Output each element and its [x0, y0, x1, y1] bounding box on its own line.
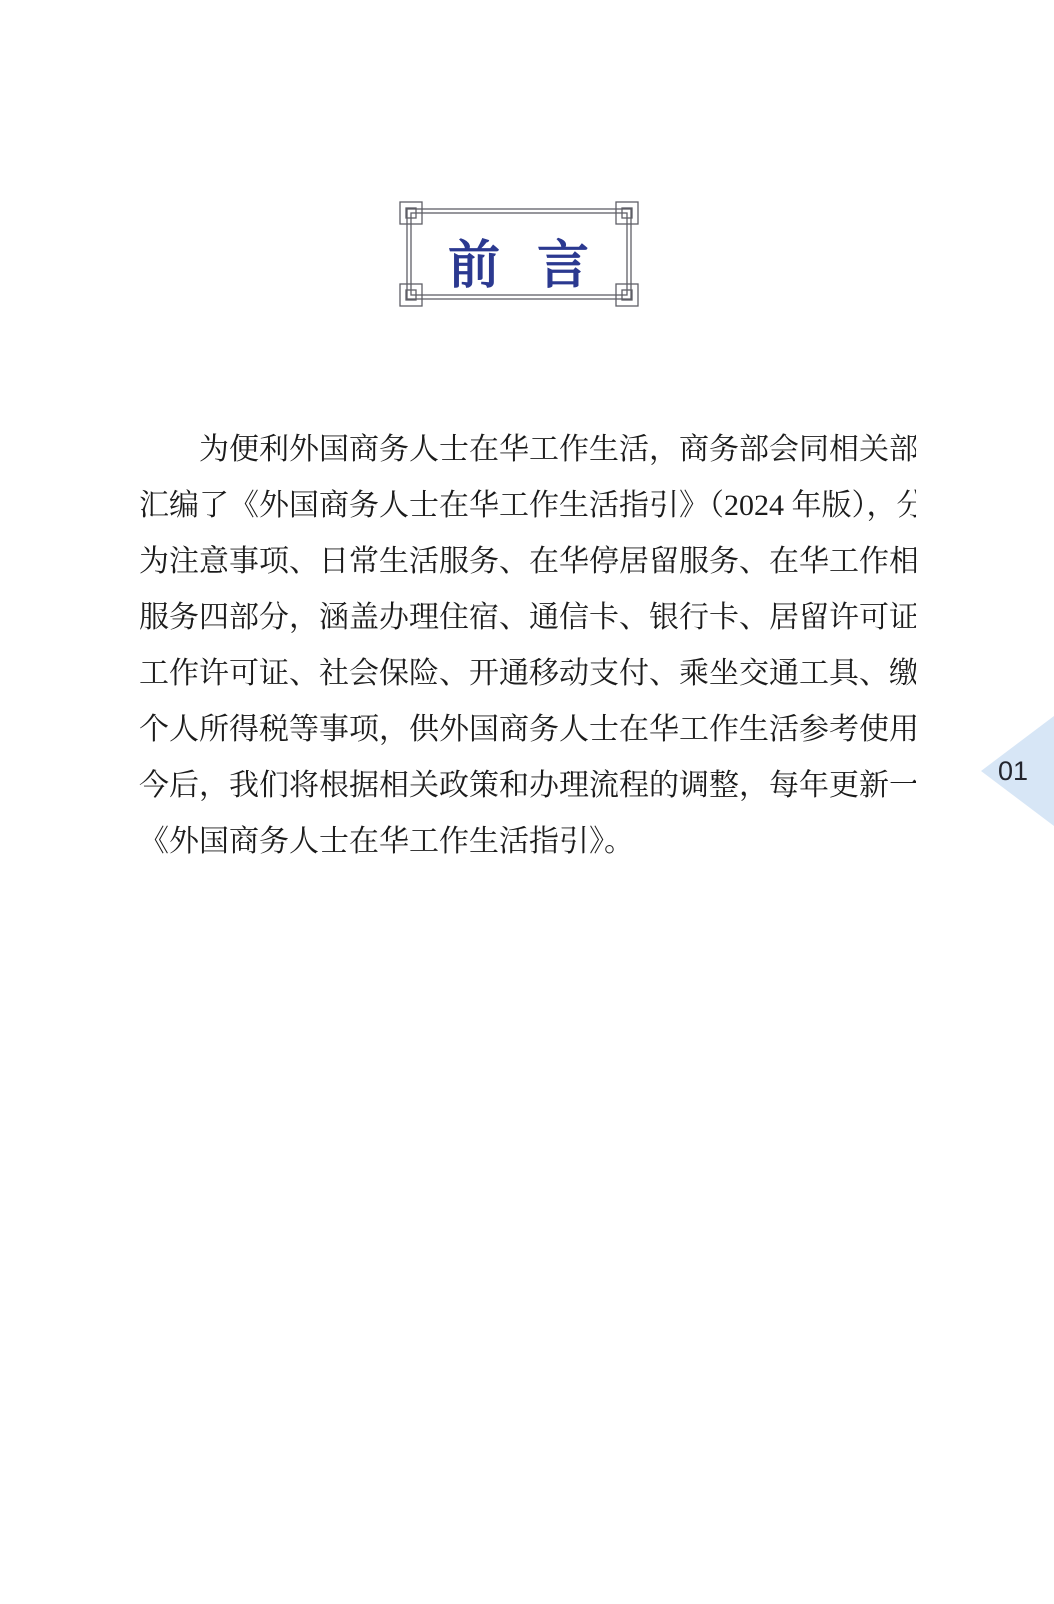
paragraph-line: 个人所得税等事项，供外国商务人士在华工作生活参考使用。: [139, 702, 916, 758]
preface-title-frame: 前 言: [399, 201, 639, 307]
paragraph-line: 《外国商务人士在华工作生活指引》。: [139, 814, 916, 870]
page-number: 01: [998, 756, 1028, 787]
page-title: 前 言: [399, 201, 639, 307]
document-page: 前 言 为便利外国商务人士在华工作生活，商务部会同相关部门 汇编了《外国商务人士…: [0, 0, 1054, 1604]
page-number-tab: 01: [981, 716, 1054, 826]
paragraph-line: 今后，我们将根据相关政策和办理流程的调整，每年更新一次: [139, 758, 916, 814]
paragraph-line: 工作许可证、社会保险、开通移动支付、乘坐交通工具、缴纳: [139, 646, 916, 702]
paragraph-line: 服务四部分，涵盖办理住宿、通信卡、银行卡、居留许可证、: [139, 590, 916, 646]
paragraph-line: 为注意事项、日常生活服务、在华停居留服务、在华工作相关: [139, 534, 916, 590]
paragraph-line: 为便利外国商务人士在华工作生活，商务部会同相关部门: [139, 422, 916, 478]
paragraph-line: 汇编了《外国商务人士在华工作生活指引》（2024 年版），分: [139, 478, 916, 534]
preface-paragraph: 为便利外国商务人士在华工作生活，商务部会同相关部门 汇编了《外国商务人士在华工作…: [139, 422, 916, 870]
